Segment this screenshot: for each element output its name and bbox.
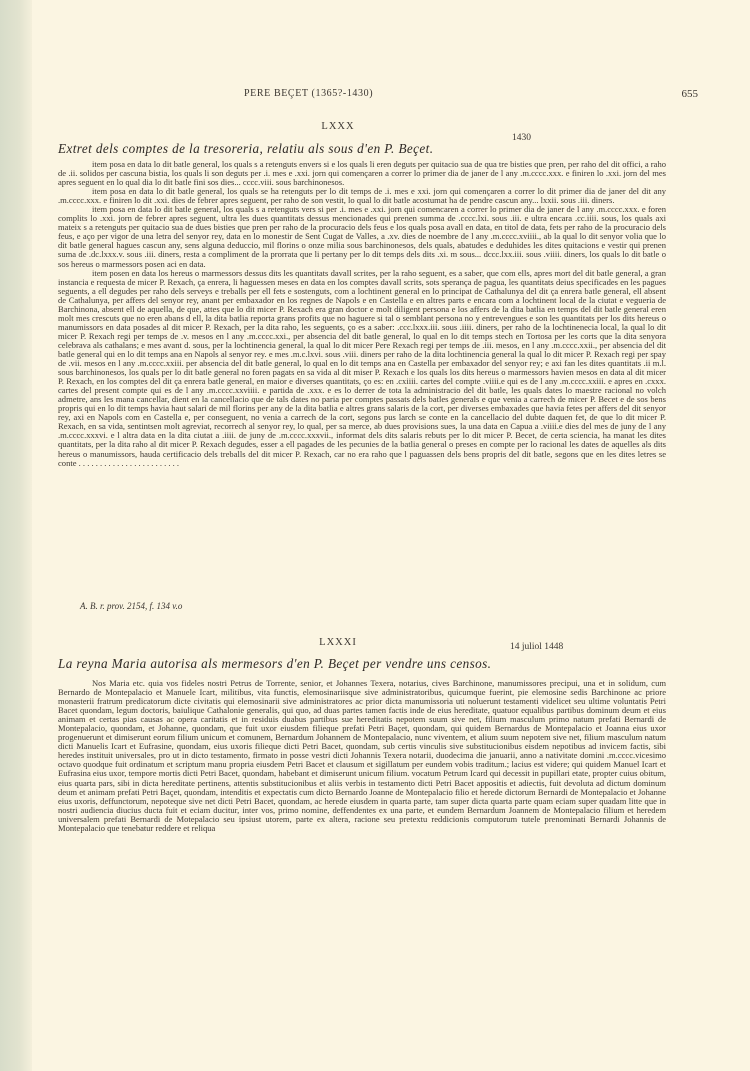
paragraph: item posa en data lo dit batle general, …: [58, 205, 666, 268]
paragraph: item posa en data lo dit batle general, …: [58, 187, 666, 205]
paragraph: item posa en data lo dit batle general, …: [58, 160, 666, 187]
document-date: 1430: [512, 133, 531, 143]
document-body: Nos Maria etc. quia vos fideles nostri P…: [58, 679, 666, 833]
page-number: 655: [682, 88, 699, 100]
document-date: 14 juliol 1448: [510, 642, 563, 652]
running-head: PERE BEÇET (1365?-1430) 655: [58, 88, 666, 102]
running-title: PERE BEÇET (1365?-1430): [244, 88, 373, 99]
document-number: LXXX: [58, 121, 618, 132]
paragraph: Nos Maria etc. quia vos fideles nostri P…: [58, 679, 666, 833]
document-body: item posa en data lo dit batle general, …: [58, 160, 666, 468]
scan-edge-strip: [0, 0, 32, 1071]
document-heading: La reyna Maria autorisa als mermesors d'…: [58, 656, 491, 672]
paragraph: item posen en data los hereus o marmesso…: [58, 269, 666, 468]
document-heading: Extret dels comptes de la tresoreria, re…: [58, 141, 433, 157]
archive-citation: A. B. r. prov. 2154, f. 134 v.o: [80, 601, 182, 611]
